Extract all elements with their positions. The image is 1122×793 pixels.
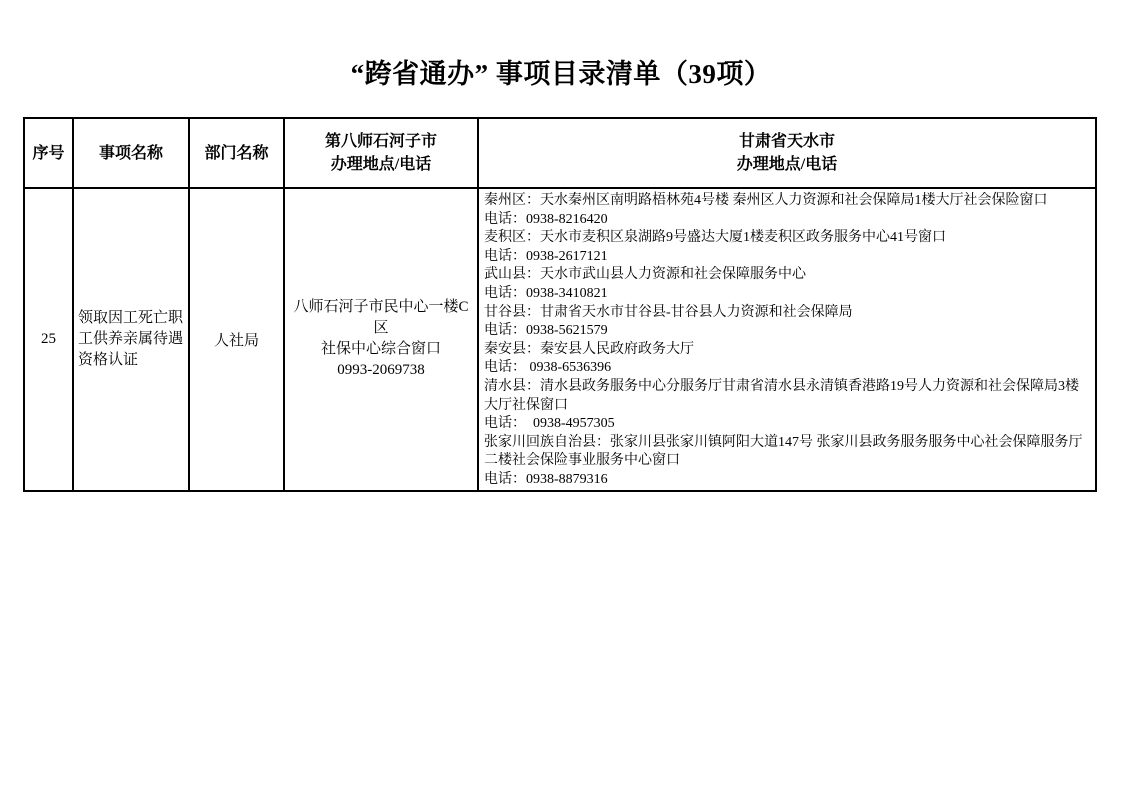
tianshui-text-line: 麦积区：天水市麦积区泉湖路9号盛达大厦1楼麦积区政务服务中心41号窗口 [484, 229, 1091, 248]
shihezi-text-line: 社保中心综合窗口 [288, 339, 474, 360]
cell-shihezi-location-phone: 八师石河子市民中心一楼C区社保中心综合窗口0993-2069738 [284, 188, 478, 491]
tianshui-text-line: 甘谷县：甘肃省天水市甘谷县-甘谷县人力资源和社会保障局 [484, 304, 1091, 323]
header-tianshui-city: 甘肃省天水市 [481, 130, 1093, 153]
header-item-name: 事项名称 [73, 118, 189, 188]
header-seq: 序号 [24, 118, 73, 188]
cell-department: 人社局 [189, 188, 284, 491]
document-page: “跨省通办” 事项目录清单（39项） 序号 事项名称 部门名称 第八师石河子市 … [0, 0, 1122, 793]
tianshui-text-line: 电话：0938-8216420 [484, 211, 1091, 230]
tianshui-text-line: 清水县：清水县政务服务中心分服务厅甘肃省清水县永清镇香港路19号人力资源和社会保… [484, 378, 1091, 415]
tianshui-text-line: 武山县：天水市武山县人力资源和社会保障服务中心 [484, 266, 1091, 285]
tianshui-text-line: 电话：0938-2617121 [484, 248, 1091, 267]
tianshui-text-line: 电话：0938-8879316 [484, 471, 1091, 490]
header-row: 序号 事项名称 部门名称 第八师石河子市 办理地点/电话 甘肃省天水市 办理地点… [24, 118, 1096, 188]
header-department: 部门名称 [189, 118, 284, 188]
tianshui-text-line: 秦安县：秦安县人民政府政务大厅 [484, 341, 1091, 360]
page-title: “跨省通办” 事项目录清单（39项） [0, 52, 1122, 91]
tianshui-text-line: 电话：0938-5621579 [484, 322, 1091, 341]
cell-tianshui-location-phone: 秦州区：天水秦州区南明路梧林苑4号楼 秦州区人力资源和社会保障局1楼大厅社会保险… [478, 188, 1096, 491]
header-shihezi: 第八师石河子市 办理地点/电话 [284, 118, 478, 188]
cell-item-name: 领取因工死亡职工供养亲属待遇资格认证 [73, 188, 189, 491]
catalog-table: 序号 事项名称 部门名称 第八师石河子市 办理地点/电话 甘肃省天水市 办理地点… [23, 117, 1097, 492]
header-shihezi-city: 第八师石河子市 [287, 130, 475, 153]
tianshui-text-line: 电话： 0938-4957305 [484, 415, 1091, 434]
cell-sequence-number: 25 [24, 188, 73, 491]
tianshui-text-line: 秦州区：天水秦州区南明路梧林苑4号楼 秦州区人力资源和社会保障局1楼大厅社会保险… [484, 192, 1091, 211]
header-tianshui: 甘肃省天水市 办理地点/电话 [478, 118, 1096, 188]
table-row: 25 领取因工死亡职工供养亲属待遇资格认证 人社局 八师石河子市民中心一楼C区社… [24, 188, 1096, 491]
header-shihezi-subtitle: 办理地点/电话 [287, 153, 475, 176]
tianshui-text-line: 电话： 0938-6536396 [484, 359, 1091, 378]
tianshui-text-line: 张家川回族自治县：张家川县张家川镇阿阳大道147号 张家川县政务服务服务中心社会… [484, 434, 1091, 471]
shihezi-text-line: 0993-2069738 [288, 360, 474, 381]
tianshui-text-line: 电话：0938-3410821 [484, 285, 1091, 304]
shihezi-text-line: 八师石河子市民中心一楼C区 [288, 297, 474, 339]
header-tianshui-subtitle: 办理地点/电话 [481, 153, 1093, 176]
